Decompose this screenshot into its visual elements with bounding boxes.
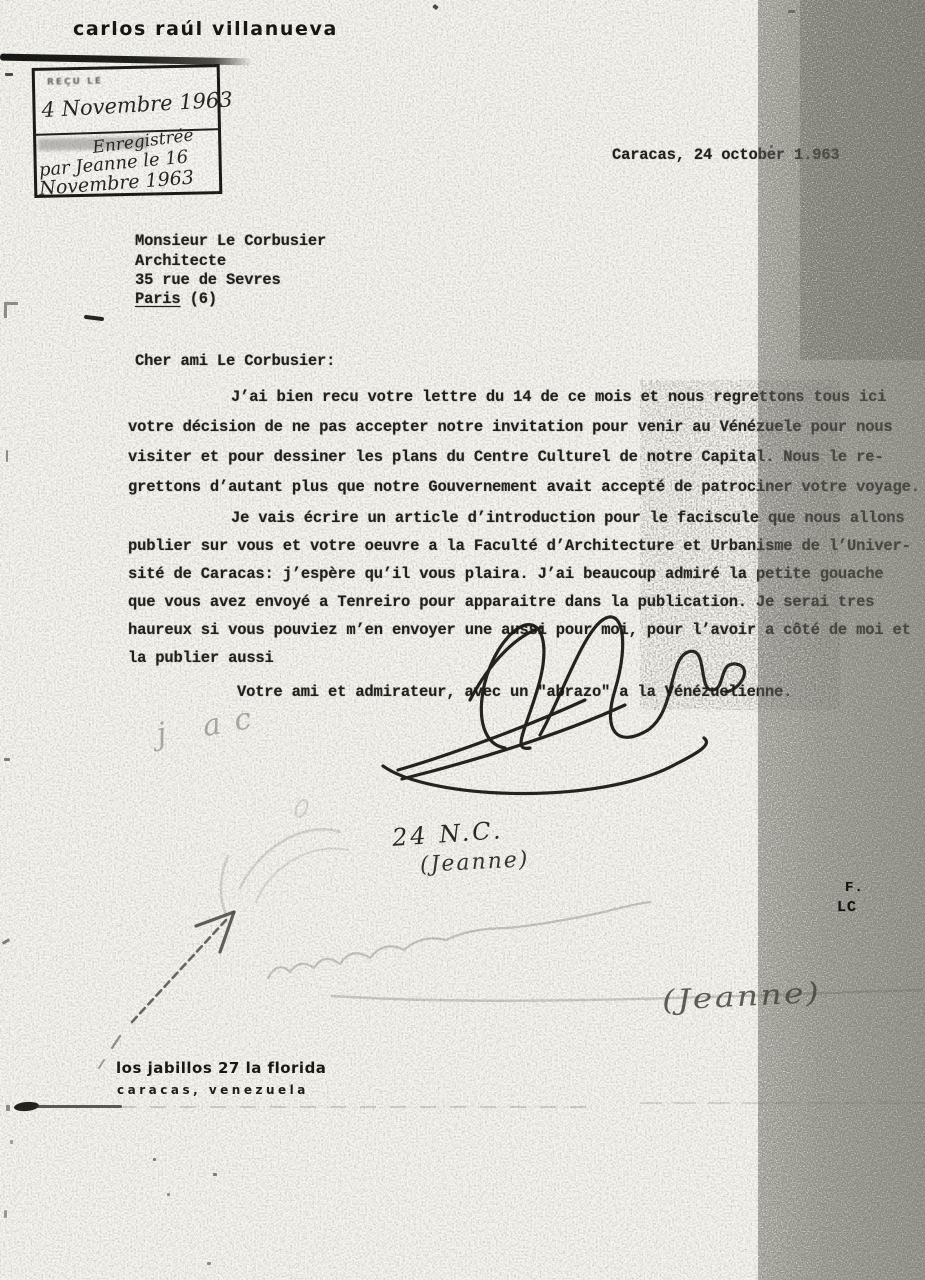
speck [432, 4, 438, 10]
speck [2, 938, 10, 945]
body-line: la publier aussi [128, 649, 925, 667]
salutation: Cher ami Le Corbusier: [135, 352, 335, 370]
speck [167, 1193, 170, 1196]
speck [6, 450, 8, 462]
stamp-printed-label: REÇU LE [47, 76, 103, 87]
body-line: visiter et pour dessiner les plans du Ce… [128, 448, 925, 466]
date-line: Caracas, 24 october 1.963 [612, 146, 840, 164]
recipient-name: Monsieur Le Corbusier [135, 232, 326, 250]
speck [5, 73, 13, 76]
filed-by-note: (Jeanne) [661, 976, 822, 1017]
speck [4, 758, 10, 761]
footer-address: los jabillos 27 la florida [116, 1059, 326, 1077]
faint-crease-line [120, 1106, 600, 1108]
letterhead-name: carlos raúl villanueva [73, 18, 338, 40]
faint-crease-line [640, 1102, 925, 1104]
speck [6, 1105, 10, 1111]
recipient-city: Paris (6) [135, 290, 217, 308]
body-line: que vous avez envoyé a Tenreiro pour app… [128, 593, 925, 611]
ink-scratch [36, 1105, 122, 1108]
margin-corner-mark [4, 302, 18, 318]
speck [10, 1140, 13, 1144]
footer-city: caracas, venezuela [117, 1083, 309, 1097]
recipient-title: Architecte [135, 252, 226, 270]
received-note: 24 N.C. [391, 816, 504, 852]
recipient-city-suffix: (6) [181, 290, 217, 308]
closing-line: Votre ami et admirateur, avec un "abrazo… [237, 683, 792, 701]
body-line: votre décision de ne pas accepter notre … [128, 418, 925, 436]
body-line: haureux si vous pouviez m’en envoyer une… [128, 621, 925, 639]
file-mark-lc: LC [837, 899, 857, 916]
speck [788, 10, 795, 13]
body-line: Je vais écrire un article d’introduction… [128, 509, 925, 527]
faint-initials-note: j ac [154, 699, 268, 752]
scan-shadow-band [755, 0, 925, 1280]
file-mark-f: F. [845, 880, 864, 896]
arrow-annotation [99, 912, 234, 1068]
speck [4, 1210, 7, 1218]
recipient-street: 35 rue de Sevres [135, 271, 281, 289]
body-line: J’ai bien recu votre lettre du 14 de ce … [128, 388, 925, 406]
stamp-received-date: 4 Novembre 1963 [41, 87, 233, 122]
scanned-letter-page: carlos raúl villanueva REÇU LE 4 Novembr… [0, 0, 925, 1280]
speck [207, 1262, 211, 1265]
receipt-stamp-box: REÇU LE 4 Novembre 1963 Enregistrée par … [32, 64, 223, 198]
speck [213, 1173, 217, 1176]
received-by-note: (Jeanne) [419, 847, 530, 878]
speck [153, 1158, 156, 1161]
body-line: sité de Caracas: j’espère qu’il vous pla… [128, 565, 925, 583]
margin-dash [84, 315, 104, 321]
body-line: publier sur vous et votre oeuvre a la Fa… [128, 537, 925, 555]
body-line: grettons d’autant plus que notre Gouvern… [128, 478, 925, 496]
recipient-city-underlined: Paris [135, 290, 181, 308]
